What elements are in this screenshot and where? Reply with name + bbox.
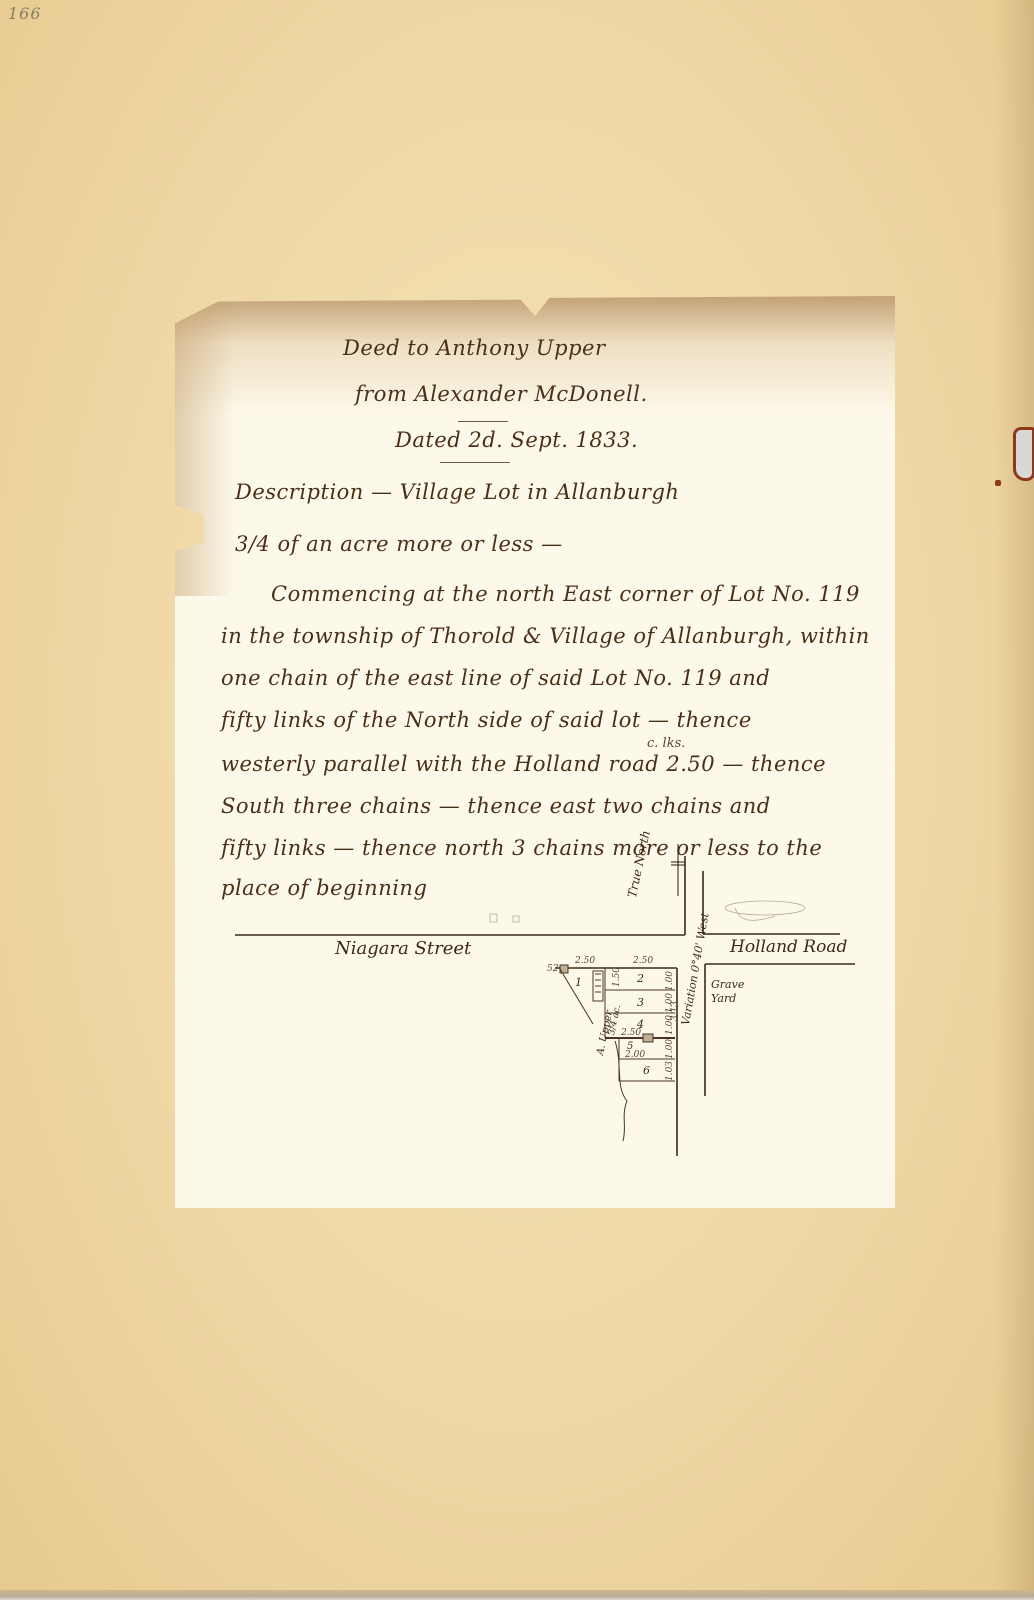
lot-3-label: 3	[637, 996, 644, 1009]
dim-lot-5-front: 2.00	[625, 1050, 645, 1060]
holland-road-label: Holland Road	[730, 937, 847, 957]
rust-dot	[995, 480, 1001, 486]
page-gutter-shadow	[996, 0, 1034, 1600]
rust-stain-mark	[1013, 427, 1034, 481]
dim-lot-width-c: 1.00	[665, 1015, 675, 1035]
dim-side-small: 1.50	[612, 967, 622, 987]
page-bottom-edge	[0, 1590, 1034, 1600]
dim-lot-width-a: 1.00	[665, 971, 675, 991]
grave-yard-label: Grave Yard	[711, 978, 751, 1006]
dim-top-right: 2.50	[633, 956, 653, 966]
album-page: 166 Deed to Anthony Upper from Alexander…	[0, 0, 1034, 1600]
survey-sketch	[175, 296, 895, 1208]
dim-lot-width-d: 1.00	[665, 1039, 675, 1059]
page-number: 166	[8, 4, 42, 23]
deed-document: Deed to Anthony Upper from Alexander McD…	[175, 296, 895, 1208]
lot-1-label: 1	[575, 976, 582, 989]
niagara-street-label: Niagara Street	[335, 938, 471, 959]
lot-6-label: 6	[643, 1064, 650, 1077]
lot-2-label: 2	[637, 972, 644, 985]
dim-corner-small: 52	[547, 964, 558, 974]
dim-lot-4-front: 2.50	[621, 1028, 641, 1038]
dim-top-left: 2.50	[575, 956, 595, 966]
dim-lot-width-e: 1.03	[665, 1061, 675, 1081]
dim-lot-width-b: 1.00	[665, 993, 675, 1013]
